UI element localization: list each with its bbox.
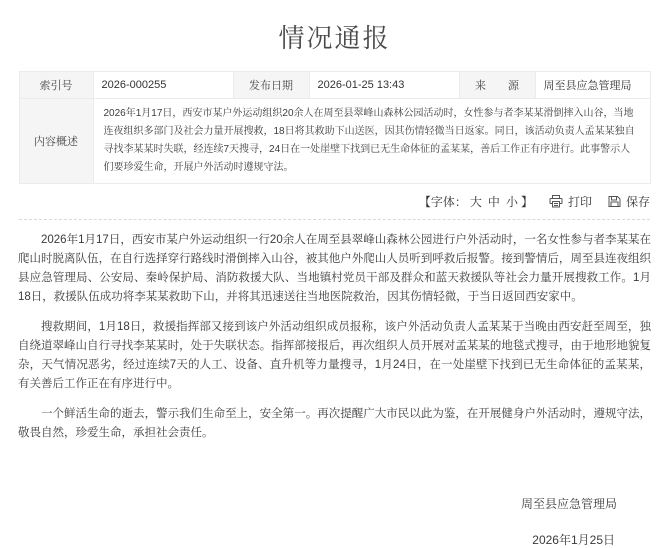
- save-icon: [608, 195, 621, 208]
- page-title: 情况通报: [0, 18, 669, 55]
- info-row-meta: 索引号 2026-000255 发布日期 2026-01-25 13:43 来 …: [19, 72, 650, 99]
- print-icon: [549, 195, 563, 208]
- content-summary-label: 内容概述: [19, 99, 93, 184]
- font-size-large-button[interactable]: 大: [470, 195, 482, 209]
- source-value: 周至县应急管理局: [535, 72, 650, 99]
- article-toolbar: 【字体：大中小】 打印 保存: [19, 193, 650, 220]
- bulletin-page: 情况通报 索引号 2026-000255 发布日期 2026-01-25 13:…: [0, 0, 669, 548]
- font-switch-suffix: 】: [521, 195, 533, 209]
- signature-date: 2026年1月25日: [19, 531, 650, 548]
- info-row-summary: 内容概述 2026年1月17日，西安市某户外运动组织20余人在周至县翠峰山森林公…: [19, 99, 650, 184]
- publish-date-value: 2026-01-25 13:43: [309, 72, 459, 99]
- signature-agency: 周至县应急管理局: [19, 495, 650, 512]
- article-paragraph-1: 2026年1月17日，西安市某户外运动组织一行20余人在周至县翠峰山森林公园进行…: [18, 231, 651, 307]
- font-size-medium-button[interactable]: 中: [488, 195, 500, 209]
- article-paragraph-2: 搜救期间，1月18日，救援指挥部又接到该户外活动组织成员报称，该户外活动负责人孟…: [18, 318, 651, 394]
- font-size-small-button[interactable]: 小: [506, 195, 518, 209]
- index-number-label: 索引号: [19, 72, 93, 99]
- signature-block: 周至县应急管理局 2026年1月25日: [19, 495, 650, 548]
- document-info-table: 索引号 2026-000255 发布日期 2026-01-25 13:43 来 …: [19, 71, 651, 184]
- content-summary-value: 2026年1月17日，西安市某户外运动组织20余人在周至县翠峰山森林公园活动时，…: [93, 99, 650, 184]
- article-body: 2026年1月17日，西安市某户外运动组织一行20余人在周至县翠峰山森林公园进行…: [18, 231, 651, 443]
- index-number-value: 2026-000255: [93, 72, 233, 99]
- article-paragraph-3: 一个鲜活生命的逝去，警示我们生命至上，安全第一。再次提醒广大市民以此为鉴，在开展…: [18, 405, 651, 443]
- print-button-label: 打印: [568, 193, 592, 210]
- save-button[interactable]: 保存: [608, 193, 650, 210]
- print-button[interactable]: 打印: [549, 193, 592, 210]
- font-size-switcher: 【字体：大中小】: [419, 193, 533, 210]
- publish-date-label: 发布日期: [233, 72, 309, 99]
- font-switch-prefix: 【字体：: [419, 195, 467, 209]
- source-label: 来 源: [459, 72, 535, 99]
- save-button-label: 保存: [626, 193, 650, 210]
